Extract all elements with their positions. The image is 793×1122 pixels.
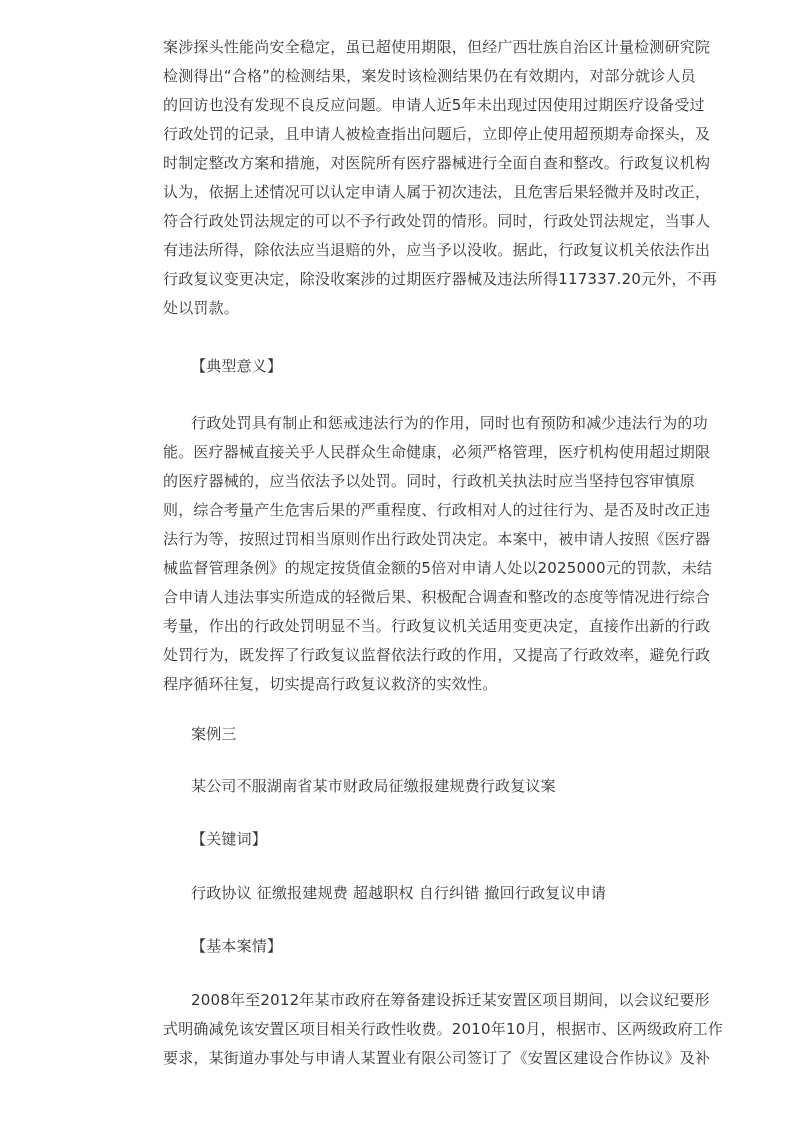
text-line: 能。医疗器械直接关乎人民群众生命健康，必须严格管理，医疗机构使用超过期限 <box>163 442 710 462</box>
text-line: 程序循环往复，切实提高行政复议救济的实效性。 <box>163 674 497 694</box>
text-line: 合申请人违法事实所造成的轻微后果、积极配合调查和整改的态度等情况进行综合 <box>163 587 710 607</box>
text-line: 行政复议变更决定，除没收案涉的过期医疗器械及违法所得117337.20元外，不再 <box>163 269 717 289</box>
text-line: 则，综合考量产生危害后果的严重程度、行政相对人的过往行为、是否及时改正违 <box>163 500 710 520</box>
text-line: 考量，作出的行政处罚明显不当。行政复议机关适用变更决定，直接作出新的行政 <box>163 616 710 636</box>
text-line: 2008年至2012年某市政府在筹备建设拆迁某安置区项目期间，以会议纪要形 <box>191 990 710 1010</box>
text-line: 行政处罚具有制止和惩戒违法行为的作用，同时也有预防和减少违法行为的功 <box>191 413 708 433</box>
text-line: 械监督管理条例》的规定按货值金额的5倍对申请人处以2025000元的罚款，未结 <box>163 558 712 578</box>
case-label: 案例三 <box>191 724 237 744</box>
section-heading-basic-facts: 【基本案情】 <box>191 936 282 956</box>
text-line: 处罚行为，既发挥了行政复议监督依法行政的作用，又提高了行政效率，避免行政 <box>163 645 710 665</box>
keywords-line: 行政协议 征缴报建规费 超越职权 自行纠错 撤回行政复议申请 <box>191 883 606 903</box>
text-line: 的医疗器械的，应当依法予以处罚。同时，行政机关执法时应当坚持包容审慎原 <box>163 471 695 491</box>
section-heading-keywords: 【关键词】 <box>191 829 267 849</box>
text-line: 时制定整改方案和措施，对医院所有医疗器械进行全面自查和整改。行政复议机构 <box>163 153 710 173</box>
text-line: 式明确减免该安置区项目相关行政性收费。2010年10月，根据市、区两级政府工作 <box>163 1019 723 1039</box>
section-heading-significance: 【典型意义】 <box>191 356 282 376</box>
text-line: 处以罚款。 <box>163 298 239 318</box>
text-line: 行政处罚的记录，且申请人被检查指出问题后，立即停止使用超预期寿命探头，及 <box>163 124 710 144</box>
text-line: 有违法所得，除依法应当退赔的外，应当予以没收。据此，行政复议机关依法作出 <box>163 240 710 260</box>
text-line: 认为，依据上述情况可以认定申请人属于初次违法，且危害后果轻微并及时改正， <box>163 182 710 202</box>
text-line: 的回访也没有发现不良反应问题。申请人近5年未出现过因使用过期医疗设备受过 <box>163 95 705 115</box>
case-title: 某公司不服湖南省某市财政局征缴报建规费行政复议案 <box>191 776 556 796</box>
text-line: 案涉探头性能尚安全稳定，虽已超使用期限，但经广西壮族自治区计量检测研究院 <box>163 37 710 57</box>
text-line: 法行为等，按照过罚相当原则作出行政处罚决定。本案中，被申请人按照《医疗器 <box>163 529 710 549</box>
text-line: 要求，某街道办事处与申请人某置业有限公司签订了《安置区建设合作协议》及补 <box>163 1048 710 1068</box>
text-line: 检测得出“合格”的检测结果，案发时该检测结果仍在有效期内，对部分就诊人员 <box>163 66 696 86</box>
text-line: 符合行政处罚法规定的可以不予行政处罚的情形。同时，行政处罚法规定，当事人 <box>163 211 710 231</box>
